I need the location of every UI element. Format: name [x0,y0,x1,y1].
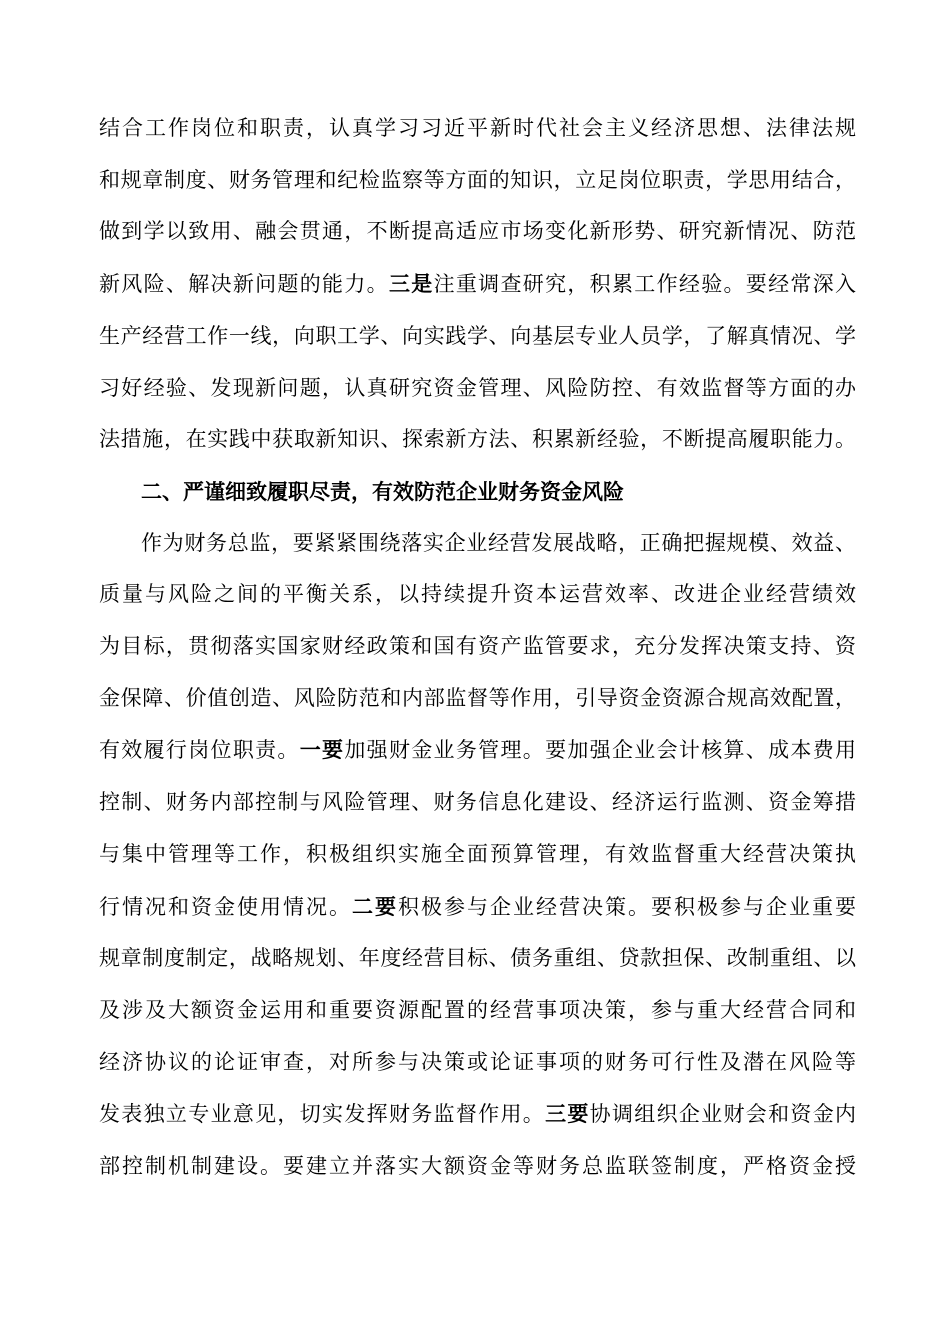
text-segment: 做到学以致用、融会贯通，不断提高适应市场变化新形势、研究新情况、防范 [99,219,856,243]
text-segment: 加强财金业务管理。要加强企业会计核算、成本费用 [344,738,856,762]
text-line: 有效履行岗位职责。一要加强财金业务管理。要加强企业会计核算、成本费用 [99,724,856,777]
text-segment: 协调组织企业财会和资金内 [590,1102,856,1126]
text-segment: 规章制度制定，战略规划、年度经营目标、债务重组、贷款担保、改制重组、以 [99,946,856,970]
section-heading: 二、严谨细致履职尽责，有效防范企业财务资金风险 [99,466,856,518]
text-segment: 和规章制度、财务管理和纪检监察等方面的知识，立足岗位职责，学思用结合， [99,168,856,192]
bold-text-segment: 二、严谨细致履职尽责，有效防范企业财务资金风险 [141,479,624,504]
text-segment: 积极参与企业经营决策。要积极参与企业重要 [398,895,856,919]
text-line: 质量与风险之间的平衡关系，以持续提升资本运营效率、改进企业经营绩效 [99,569,856,621]
text-line: 行情况和资金使用情况。二要积极参与企业经营决策。要积极参与企业重要 [99,881,856,934]
bold-text-segment: 三要 [545,1101,590,1126]
text-segment: 注重调查研究，积累工作经验。要经常深入 [434,272,856,296]
text-segment: 新风险、解决新问题的能力。 [99,272,389,296]
text-segment: 金保障、价值创造、风险防范和内部监督等作用，引导资金资源合规高效配置， [99,686,856,710]
text-line: 部控制机制建设。要建立并落实大额资金等财务总监联签制度，严格资金授 [99,1141,856,1193]
text-segment: 法措施，在实践中获取新知识、探索新方法、积累新经验，不断提高履职能力。 [99,427,856,451]
document-body: 结合工作岗位和职责，认真学习习近平新时代社会主义经济思想、法律法规和规章制度、财… [99,103,856,1193]
text-segment: 习好经验、发现新问题，认真研究资金管理、风险防控、有效监督等方面的办 [99,376,856,400]
text-segment: 生产经营工作一线，向职工学、向实践学、向基层专业人员学，了解真情况、学 [99,324,856,348]
text-segment: 部控制机制建设。要建立并落实大额资金等财务总监联签制度，严格资金授 [99,1154,856,1178]
bold-text-segment: 三是 [389,271,434,296]
text-segment: 及涉及大额资金运用和重要资源配置的经营事项决策，参与重大经营合同和 [99,998,856,1022]
text-segment: 经济协议的论证审查，对所参与决策或论证事项的财务可行性及潜在风险等 [99,1050,856,1074]
document-page: 结合工作岗位和职责，认真学习习近平新时代社会主义经济思想、法律法规和规章制度、财… [0,0,950,1344]
text-line: 及涉及大额资金运用和重要资源配置的经营事项决策，参与重大经营合同和 [99,985,856,1037]
text-line: 为目标，贯彻落实国家财经政策和国有资产监管要求，充分发挥决策支持、资 [99,621,856,673]
text-segment: 控制、财务内部控制与风险管理、财务信息化建设、经济运行监测、资金筹措 [99,790,856,814]
text-segment: 结合工作岗位和职责，认真学习习近平新时代社会主义经济思想、法律法规 [99,116,856,140]
text-line: 生产经营工作一线，向职工学、向实践学、向基层专业人员学，了解真情况、学 [99,311,856,363]
text-line: 规章制度制定，战略规划、年度经营目标、债务重组、贷款担保、改制重组、以 [99,933,856,985]
bold-text-segment: 二要 [352,894,398,919]
text-line: 和规章制度、财务管理和纪检监察等方面的知识，立足岗位职责，学思用结合， [99,155,856,207]
text-line: 做到学以致用、融会贯通，不断提高适应市场变化新形势、研究新情况、防范 [99,206,856,258]
text-line: 控制、财务内部控制与风险管理、财务信息化建设、经济运行监测、资金筹措 [99,777,856,829]
text-segment: 作为财务总监，要紧紧围绕落实企业经营发展战略，正确把握规模、效益、 [141,531,856,555]
text-line: 法措施，在实践中获取新知识、探索新方法、积累新经验，不断提高履职能力。 [99,414,856,466]
text-line: 作为财务总监，要紧紧围绕落实企业经营发展战略，正确把握规模、效益、 [99,518,856,570]
text-segment: 质量与风险之间的平衡关系，以持续提升资本运营效率、改进企业经营绩效 [99,582,856,606]
text-line: 经济协议的论证审查，对所参与决策或论证事项的财务可行性及潜在风险等 [99,1037,856,1089]
text-segment: 与集中管理等工作，积极组织实施全面预算管理，有效监督重大经营决策执 [99,842,856,866]
text-line: 与集中管理等工作，积极组织实施全面预算管理，有效监督重大经营决策执 [99,829,856,881]
text-line: 新风险、解决新问题的能力。三是注重调查研究，积累工作经验。要经常深入 [99,258,856,311]
text-line: 发表独立专业意见，切实发挥财务监督作用。三要协调组织企业财会和资金内 [99,1088,856,1141]
text-line: 金保障、价值创造、风险防范和内部监督等作用，引导资金资源合规高效配置， [99,673,856,725]
text-segment: 发表独立专业意见，切实发挥财务监督作用。 [99,1102,545,1126]
text-segment: 有效履行岗位职责。 [99,738,300,762]
bold-text-segment: 一要 [300,737,345,762]
text-segment: 为目标，贯彻落实国家财经政策和国有资产监管要求，充分发挥决策支持、资 [99,634,856,658]
text-segment: 行情况和资金使用情况。 [99,895,352,919]
text-line: 结合工作岗位和职责，认真学习习近平新时代社会主义经济思想、法律法规 [99,103,856,155]
text-line: 习好经验、发现新问题，认真研究资金管理、风险防控、有效监督等方面的办 [99,363,856,415]
